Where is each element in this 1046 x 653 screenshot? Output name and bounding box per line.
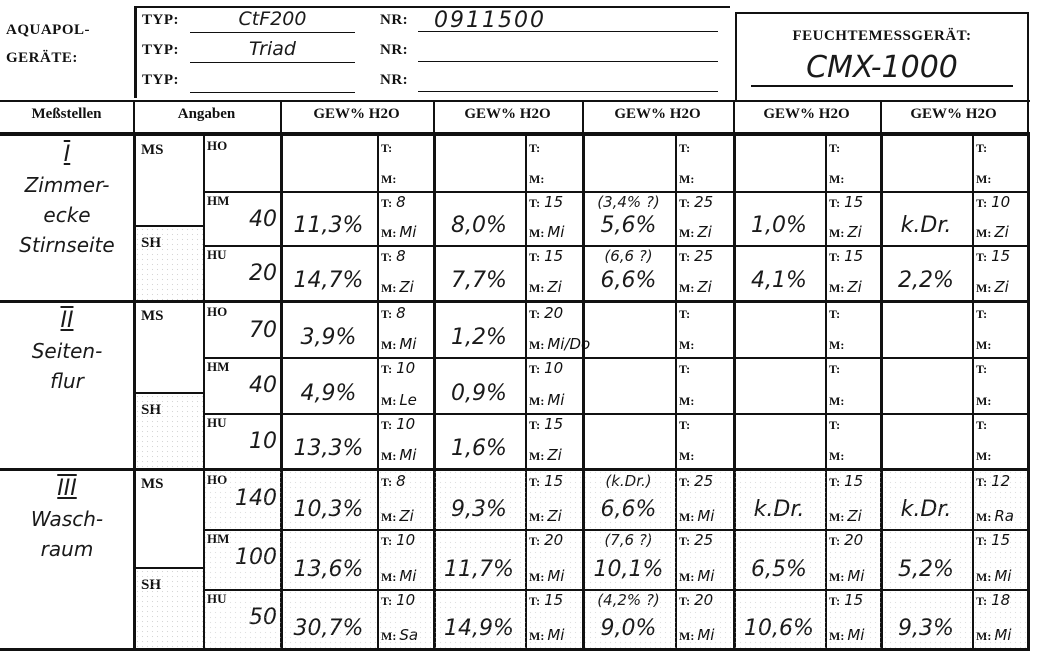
nr-label: NR: <box>380 12 408 29</box>
t-label: T: <box>381 418 392 432</box>
material-field[interactable]: M:Zi <box>976 223 1025 241</box>
temperature-field[interactable]: T: <box>381 138 431 156</box>
temperature-field[interactable]: T: <box>529 138 580 156</box>
m-label: M: <box>381 338 396 352</box>
t-label: T: <box>529 307 540 321</box>
col-header-gew-h2o: GEW% H2O <box>582 106 733 123</box>
material-field[interactable]: M:Zi <box>529 278 580 296</box>
material-field[interactable]: M: <box>976 391 1025 409</box>
m-label: M: <box>381 510 396 524</box>
moisture-value[interactable]: 6,5% <box>735 557 823 582</box>
temperature-field[interactable]: T:15 <box>976 531 1025 549</box>
material-field[interactable]: M: <box>829 335 878 353</box>
m-label: M: <box>829 172 844 186</box>
m-label: M: <box>679 629 694 643</box>
moisture-note: (3,4% ?) <box>584 193 673 211</box>
moisture-value[interactable]: 13,3% <box>282 436 375 461</box>
devices-label-line2: GERÄTE: <box>6 44 90 72</box>
temperature-field[interactable]: T:15 <box>529 247 580 265</box>
temperature-field[interactable]: T:15 <box>829 193 878 211</box>
height-value[interactable]: 70 <box>207 318 277 343</box>
temperature-field[interactable]: T:8 <box>381 472 431 490</box>
m-label: M: <box>976 172 991 186</box>
t-label: T: <box>679 250 690 264</box>
device-row: TYP:TriadNR: <box>142 38 722 66</box>
t-label: T: <box>381 141 392 155</box>
m-value: Mi <box>399 446 416 464</box>
meter-label: FEUCHTEMESSGERÄT: <box>737 28 1027 45</box>
devices-label: AQUAPOL- GERÄTE: <box>6 16 90 72</box>
height-value[interactable]: 100 <box>207 545 277 570</box>
height-value[interactable]: 50 <box>207 605 277 630</box>
t-value: 8 <box>396 193 406 211</box>
m-label: M: <box>529 510 544 524</box>
m-value: Zi <box>847 507 861 525</box>
location-name-line2: raum <box>4 534 130 564</box>
typ-field[interactable]: CtF200 <box>190 8 355 33</box>
typ-field[interactable] <box>190 68 355 93</box>
material-field[interactable]: M:Zi <box>529 507 580 525</box>
temperature-field[interactable]: T: <box>679 415 731 433</box>
t-value: 15 <box>991 531 1010 549</box>
m-value: Mi <box>847 626 864 644</box>
moisture-value[interactable]: 10,1% <box>584 557 673 582</box>
height-value[interactable]: 40 <box>207 373 277 398</box>
temperature-field[interactable]: T: <box>829 304 878 322</box>
location-name-line1: Wasch- <box>4 504 130 534</box>
temperature-field[interactable]: T:15 <box>529 193 580 211</box>
t-label: T: <box>829 475 840 489</box>
m-value: Mi <box>847 567 864 585</box>
temperature-field[interactable]: T:20 <box>529 304 580 322</box>
material-field[interactable]: M:Zi <box>976 278 1025 296</box>
material-field[interactable]: M: <box>679 335 731 353</box>
col-header-angaben: Angaben <box>133 106 280 123</box>
col-header-gew-h2o: GEW% H2O <box>880 106 1027 123</box>
material-field[interactable]: M: <box>679 446 731 464</box>
t-label: T: <box>679 307 690 321</box>
temperature-field[interactable]: T:18 <box>976 591 1025 609</box>
m-label: M: <box>679 510 694 524</box>
material-field[interactable]: M:Sa <box>381 626 431 644</box>
material-field[interactable]: M: <box>381 169 431 187</box>
m-value: Zi <box>994 223 1008 241</box>
moisture-value[interactable]: 14,9% <box>435 616 523 641</box>
t-value: 20 <box>694 591 713 609</box>
moisture-value[interactable]: 2,2% <box>882 268 970 293</box>
moisture-value[interactable]: 7,7% <box>435 268 523 293</box>
typ-field[interactable]: Triad <box>190 38 355 63</box>
temperature-field[interactable]: T:15 <box>529 415 580 433</box>
nr-field[interactable] <box>418 68 718 92</box>
temperature-field[interactable]: T:25 <box>679 247 731 265</box>
height-value[interactable]: 10 <box>207 429 277 454</box>
moisture-value[interactable]: 9,3% <box>882 616 970 641</box>
moisture-note: (k.Dr.) <box>584 472 673 490</box>
t-label: T: <box>679 362 690 376</box>
m-label: M: <box>381 172 396 186</box>
moisture-note: (7,6 ?) <box>584 531 673 549</box>
temperature-field[interactable]: T:25 <box>679 472 731 490</box>
ms-label: MS <box>141 142 164 159</box>
material-field[interactable]: M:Mi <box>529 391 580 409</box>
t-label: T: <box>381 594 392 608</box>
material-field[interactable]: M:Zi <box>381 507 431 525</box>
material-field[interactable]: M:Mi <box>381 223 431 241</box>
m-label: M: <box>679 281 694 295</box>
temperature-field[interactable]: T:20 <box>679 591 731 609</box>
t-value: 15 <box>544 415 563 433</box>
nr-label: NR: <box>380 42 408 59</box>
temperature-field[interactable]: T: <box>829 138 878 156</box>
m-value: Zi <box>399 507 413 525</box>
temperature-field[interactable]: T:25 <box>679 531 731 549</box>
material-field[interactable]: M:Zi <box>829 278 878 296</box>
m-value: Mi <box>399 567 416 585</box>
m-value: Mi <box>547 391 564 409</box>
meter-value[interactable]: CMX-1000 <box>751 51 1013 87</box>
temperature-field[interactable]: T: <box>679 304 731 322</box>
m-label: M: <box>381 629 396 643</box>
ms-label: MS <box>141 476 164 493</box>
device-row: TYP:NR: <box>142 68 722 96</box>
moisture-value[interactable]: 0,9% <box>435 381 523 406</box>
m-value: Mi <box>547 567 564 585</box>
material-field[interactable]: M:Mi <box>529 626 580 644</box>
temperature-field[interactable]: T:15 <box>976 247 1025 265</box>
location-label: IISeiten-flur <box>4 306 130 396</box>
m-value: Mi <box>399 223 416 241</box>
t-label: T: <box>381 250 392 264</box>
temperature-field[interactable]: T:20 <box>529 531 580 549</box>
m-value: Mi <box>994 626 1011 644</box>
nr-field[interactable]: 0911500 <box>418 8 718 32</box>
typ-label: TYP: <box>142 12 179 29</box>
material-field[interactable]: M:Zi <box>829 223 878 241</box>
temperature-field[interactable]: T: <box>976 359 1025 377</box>
devices-label-line1: AQUAPOL- <box>6 16 90 44</box>
m-label: M: <box>829 338 844 352</box>
material-field[interactable]: M:Mi <box>381 567 431 585</box>
m-label: M: <box>381 226 396 240</box>
ms-label: MS <box>141 308 164 325</box>
material-field[interactable]: M: <box>829 446 878 464</box>
m-label: M: <box>829 570 844 584</box>
m-label: M: <box>976 338 991 352</box>
moisture-value[interactable]: 10,3% <box>282 497 375 522</box>
t-label: T: <box>381 362 392 376</box>
moisture-value[interactable]: k.Dr. <box>735 497 823 522</box>
material-field[interactable]: M:Mi <box>381 335 431 353</box>
m-value: Zi <box>399 278 413 296</box>
t-value: 20 <box>544 304 563 322</box>
m-label: M: <box>679 394 694 408</box>
m-label: M: <box>829 394 844 408</box>
table-row <box>203 136 1027 191</box>
m-value: Zi <box>547 446 561 464</box>
t-label: T: <box>829 362 840 376</box>
material-field[interactable]: M:Zi <box>679 278 731 296</box>
material-field[interactable]: M: <box>679 169 731 187</box>
m-label: M: <box>829 449 844 463</box>
t-label: T: <box>976 307 987 321</box>
location-name-line2: flur <box>4 366 130 396</box>
moisture-value[interactable]: 5,6% <box>584 213 673 238</box>
temperature-field[interactable]: T: <box>976 415 1025 433</box>
moisture-value[interactable]: 4,9% <box>282 381 375 406</box>
m-label: M: <box>976 629 991 643</box>
moisture-value[interactable]: 9,3% <box>435 497 523 522</box>
m-value: Mi <box>697 626 714 644</box>
location-number: I <box>4 140 130 170</box>
material-field[interactable]: M:Le <box>381 391 431 409</box>
t-value: 10 <box>544 359 563 377</box>
t-label: T: <box>679 594 690 608</box>
t-value: 8 <box>396 247 406 265</box>
m-value: Mi <box>547 626 564 644</box>
material-field[interactable]: M: <box>829 169 878 187</box>
position-label: HO <box>207 138 227 154</box>
nr-field[interactable] <box>418 38 718 62</box>
material-field[interactable]: M:Mi <box>381 446 431 464</box>
moisture-value[interactable]: 10,6% <box>735 616 823 641</box>
m-label: M: <box>381 570 396 584</box>
moisture-value[interactable]: k.Dr. <box>882 497 970 522</box>
t-label: T: <box>679 196 690 210</box>
m-label: M: <box>381 449 396 463</box>
height-value[interactable]: 20 <box>207 261 277 286</box>
temperature-field[interactable]: T:25 <box>679 193 731 211</box>
moisture-value[interactable]: 30,7% <box>282 616 375 641</box>
moisture-value[interactable]: 1,2% <box>435 325 523 350</box>
t-label: T: <box>829 307 840 321</box>
m-label: M: <box>679 172 694 186</box>
height-value[interactable]: 40 <box>207 207 277 232</box>
t-label: T: <box>529 196 540 210</box>
temperature-field[interactable]: T:10 <box>529 359 580 377</box>
m-label: M: <box>679 338 694 352</box>
t-value: 20 <box>844 531 863 549</box>
temperature-field[interactable]: T:8 <box>381 193 431 211</box>
material-field[interactable]: M: <box>679 391 731 409</box>
moisture-value[interactable]: 1,6% <box>435 436 523 461</box>
m-value: Zi <box>547 507 561 525</box>
location-name-line1: Zimmer- <box>4 170 130 200</box>
material-field[interactable]: M:Mi <box>679 626 731 644</box>
location-label: IZimmer-eckeStirnseite <box>4 140 130 260</box>
m-value: Zi <box>697 278 711 296</box>
t-value: 25 <box>694 472 713 490</box>
material-field[interactable]: M:Mi <box>976 626 1025 644</box>
t-value: 25 <box>694 247 713 265</box>
t-value: 8 <box>396 304 406 322</box>
temperature-field[interactable]: T:15 <box>829 247 878 265</box>
m-value: Le <box>399 391 417 409</box>
material-field[interactable]: M:Mi <box>829 567 878 585</box>
t-value: 15 <box>544 591 563 609</box>
m-value: Zi <box>847 278 861 296</box>
t-label: T: <box>976 475 987 489</box>
m-label: M: <box>829 510 844 524</box>
location-name-line3: Stirnseite <box>4 230 130 260</box>
material-field[interactable]: M:Mi <box>829 626 878 644</box>
temperature-field[interactable]: T:15 <box>829 591 878 609</box>
t-value: 15 <box>991 247 1010 265</box>
m-value: Sa <box>399 626 418 644</box>
typ-label: TYP: <box>142 72 179 89</box>
t-label: T: <box>829 196 840 210</box>
moisture-value[interactable]: 8,0% <box>435 213 523 238</box>
t-label: T: <box>529 250 540 264</box>
t-label: T: <box>381 475 392 489</box>
m-label: M: <box>976 510 991 524</box>
moisture-value[interactable]: 14,7% <box>282 268 375 293</box>
material-field[interactable]: M:Zi <box>679 223 731 241</box>
temperature-field[interactable]: T:15 <box>829 472 878 490</box>
t-value: 15 <box>844 193 863 211</box>
t-value: 15 <box>544 247 563 265</box>
temperature-field[interactable]: T: <box>679 359 731 377</box>
moisture-value[interactable]: 9,0% <box>584 616 673 641</box>
m-label: M: <box>529 570 544 584</box>
t-value: 25 <box>694 531 713 549</box>
moisture-value[interactable]: k.Dr. <box>882 213 970 238</box>
material-field[interactable]: M:Ra <box>976 507 1025 525</box>
t-value: 10 <box>396 415 415 433</box>
material-field[interactable]: M: <box>976 446 1025 464</box>
t-label: T: <box>529 594 540 608</box>
m-value: Mi/Do <box>547 335 590 353</box>
m-label: M: <box>529 629 544 643</box>
moisture-value[interactable]: 13,6% <box>282 557 375 582</box>
m-label: M: <box>829 226 844 240</box>
temperature-field[interactable]: T:15 <box>529 591 580 609</box>
temperature-field[interactable]: T:12 <box>976 472 1025 490</box>
t-value: 15 <box>844 472 863 490</box>
temperature-field[interactable]: T:10 <box>381 591 431 609</box>
m-label: M: <box>529 281 544 295</box>
t-value: 15 <box>544 472 563 490</box>
temperature-field[interactable]: T: <box>829 359 878 377</box>
material-field[interactable]: M: <box>976 335 1025 353</box>
material-field[interactable]: M: <box>529 169 580 187</box>
m-value: Zi <box>697 223 711 241</box>
m-label: M: <box>529 394 544 408</box>
t-label: T: <box>679 475 690 489</box>
temperature-field[interactable]: T:10 <box>381 415 431 433</box>
material-field[interactable]: M:Mi <box>679 507 731 525</box>
moisture-value[interactable]: 4,1% <box>735 268 823 293</box>
t-value: 15 <box>844 247 863 265</box>
t-label: T: <box>976 362 987 376</box>
material-field[interactable]: M:Zi <box>529 446 580 464</box>
t-label: T: <box>529 475 540 489</box>
temperature-field[interactable]: T:15 <box>529 472 580 490</box>
t-value: 15 <box>844 591 863 609</box>
t-label: T: <box>976 141 987 155</box>
t-label: T: <box>829 594 840 608</box>
moisture-value[interactable]: 11,3% <box>282 213 375 238</box>
moisture-value[interactable]: 1,0% <box>735 213 823 238</box>
m-label: M: <box>529 449 544 463</box>
col-header-gew-h2o: GEW% H2O <box>433 106 582 123</box>
temperature-field[interactable]: T:8 <box>381 304 431 322</box>
temperature-field[interactable]: T:10 <box>381 359 431 377</box>
t-label: T: <box>381 307 392 321</box>
material-field[interactable]: M:Mi/Do <box>529 335 580 353</box>
material-field[interactable]: M: <box>829 391 878 409</box>
material-field[interactable]: M:Zi <box>381 278 431 296</box>
t-label: T: <box>976 196 987 210</box>
t-label: T: <box>679 534 690 548</box>
m-value: Mi <box>547 223 564 241</box>
m-label: M: <box>679 570 694 584</box>
height-value[interactable]: 140 <box>207 486 277 511</box>
temperature-field[interactable]: T: <box>679 138 731 156</box>
temperature-field[interactable]: T:10 <box>381 531 431 549</box>
material-field[interactable]: M:Mi <box>679 567 731 585</box>
temperature-field[interactable]: T: <box>976 138 1025 156</box>
temperature-field[interactable]: T:8 <box>381 247 431 265</box>
t-value: 10 <box>991 193 1010 211</box>
moisture-value[interactable]: 3,9% <box>282 325 375 350</box>
t-label: T: <box>529 534 540 548</box>
t-label: T: <box>529 141 540 155</box>
temperature-field[interactable]: T:10 <box>976 193 1025 211</box>
material-field[interactable]: M:Mi <box>529 223 580 241</box>
material-field[interactable]: M: <box>976 169 1025 187</box>
m-label: M: <box>381 394 396 408</box>
moisture-value[interactable]: 11,7% <box>435 557 523 582</box>
m-value: Mi <box>697 507 714 525</box>
temperature-field[interactable]: T: <box>976 304 1025 322</box>
t-label: T: <box>976 594 987 608</box>
t-value: 15 <box>544 193 563 211</box>
t-label: T: <box>976 418 987 432</box>
location-number: II <box>4 306 130 336</box>
material-field[interactable]: M:Mi <box>976 567 1025 585</box>
t-label: T: <box>976 250 987 264</box>
moisture-note: (6,6 ?) <box>584 247 673 265</box>
m-label: M: <box>679 226 694 240</box>
m-value: Zi <box>847 223 861 241</box>
moisture-value[interactable]: 6,6% <box>584 268 673 293</box>
t-label: T: <box>829 250 840 264</box>
t-label: T: <box>829 418 840 432</box>
moisture-value[interactable]: 5,2% <box>882 557 970 582</box>
t-label: T: <box>679 141 690 155</box>
t-label: T: <box>829 141 840 155</box>
location-label: IIIWasch-raum <box>4 474 130 564</box>
m-label: M: <box>976 394 991 408</box>
typ-label: TYP: <box>142 42 179 59</box>
t-value: 8 <box>396 472 406 490</box>
t-label: T: <box>381 196 392 210</box>
m-label: M: <box>529 226 544 240</box>
material-field[interactable]: M:Zi <box>829 507 878 525</box>
m-label: M: <box>679 449 694 463</box>
m-value: Ra <box>994 507 1014 525</box>
t-value: 12 <box>991 472 1010 490</box>
location-name-line1: Seiten- <box>4 336 130 366</box>
m-value: Mi <box>994 567 1011 585</box>
t-value: 18 <box>991 591 1010 609</box>
material-field[interactable]: M:Mi <box>529 567 580 585</box>
temperature-field[interactable]: T: <box>829 415 878 433</box>
m-label: M: <box>829 281 844 295</box>
temperature-field[interactable]: T:20 <box>829 531 878 549</box>
moisture-value[interactable]: 6,6% <box>584 497 673 522</box>
